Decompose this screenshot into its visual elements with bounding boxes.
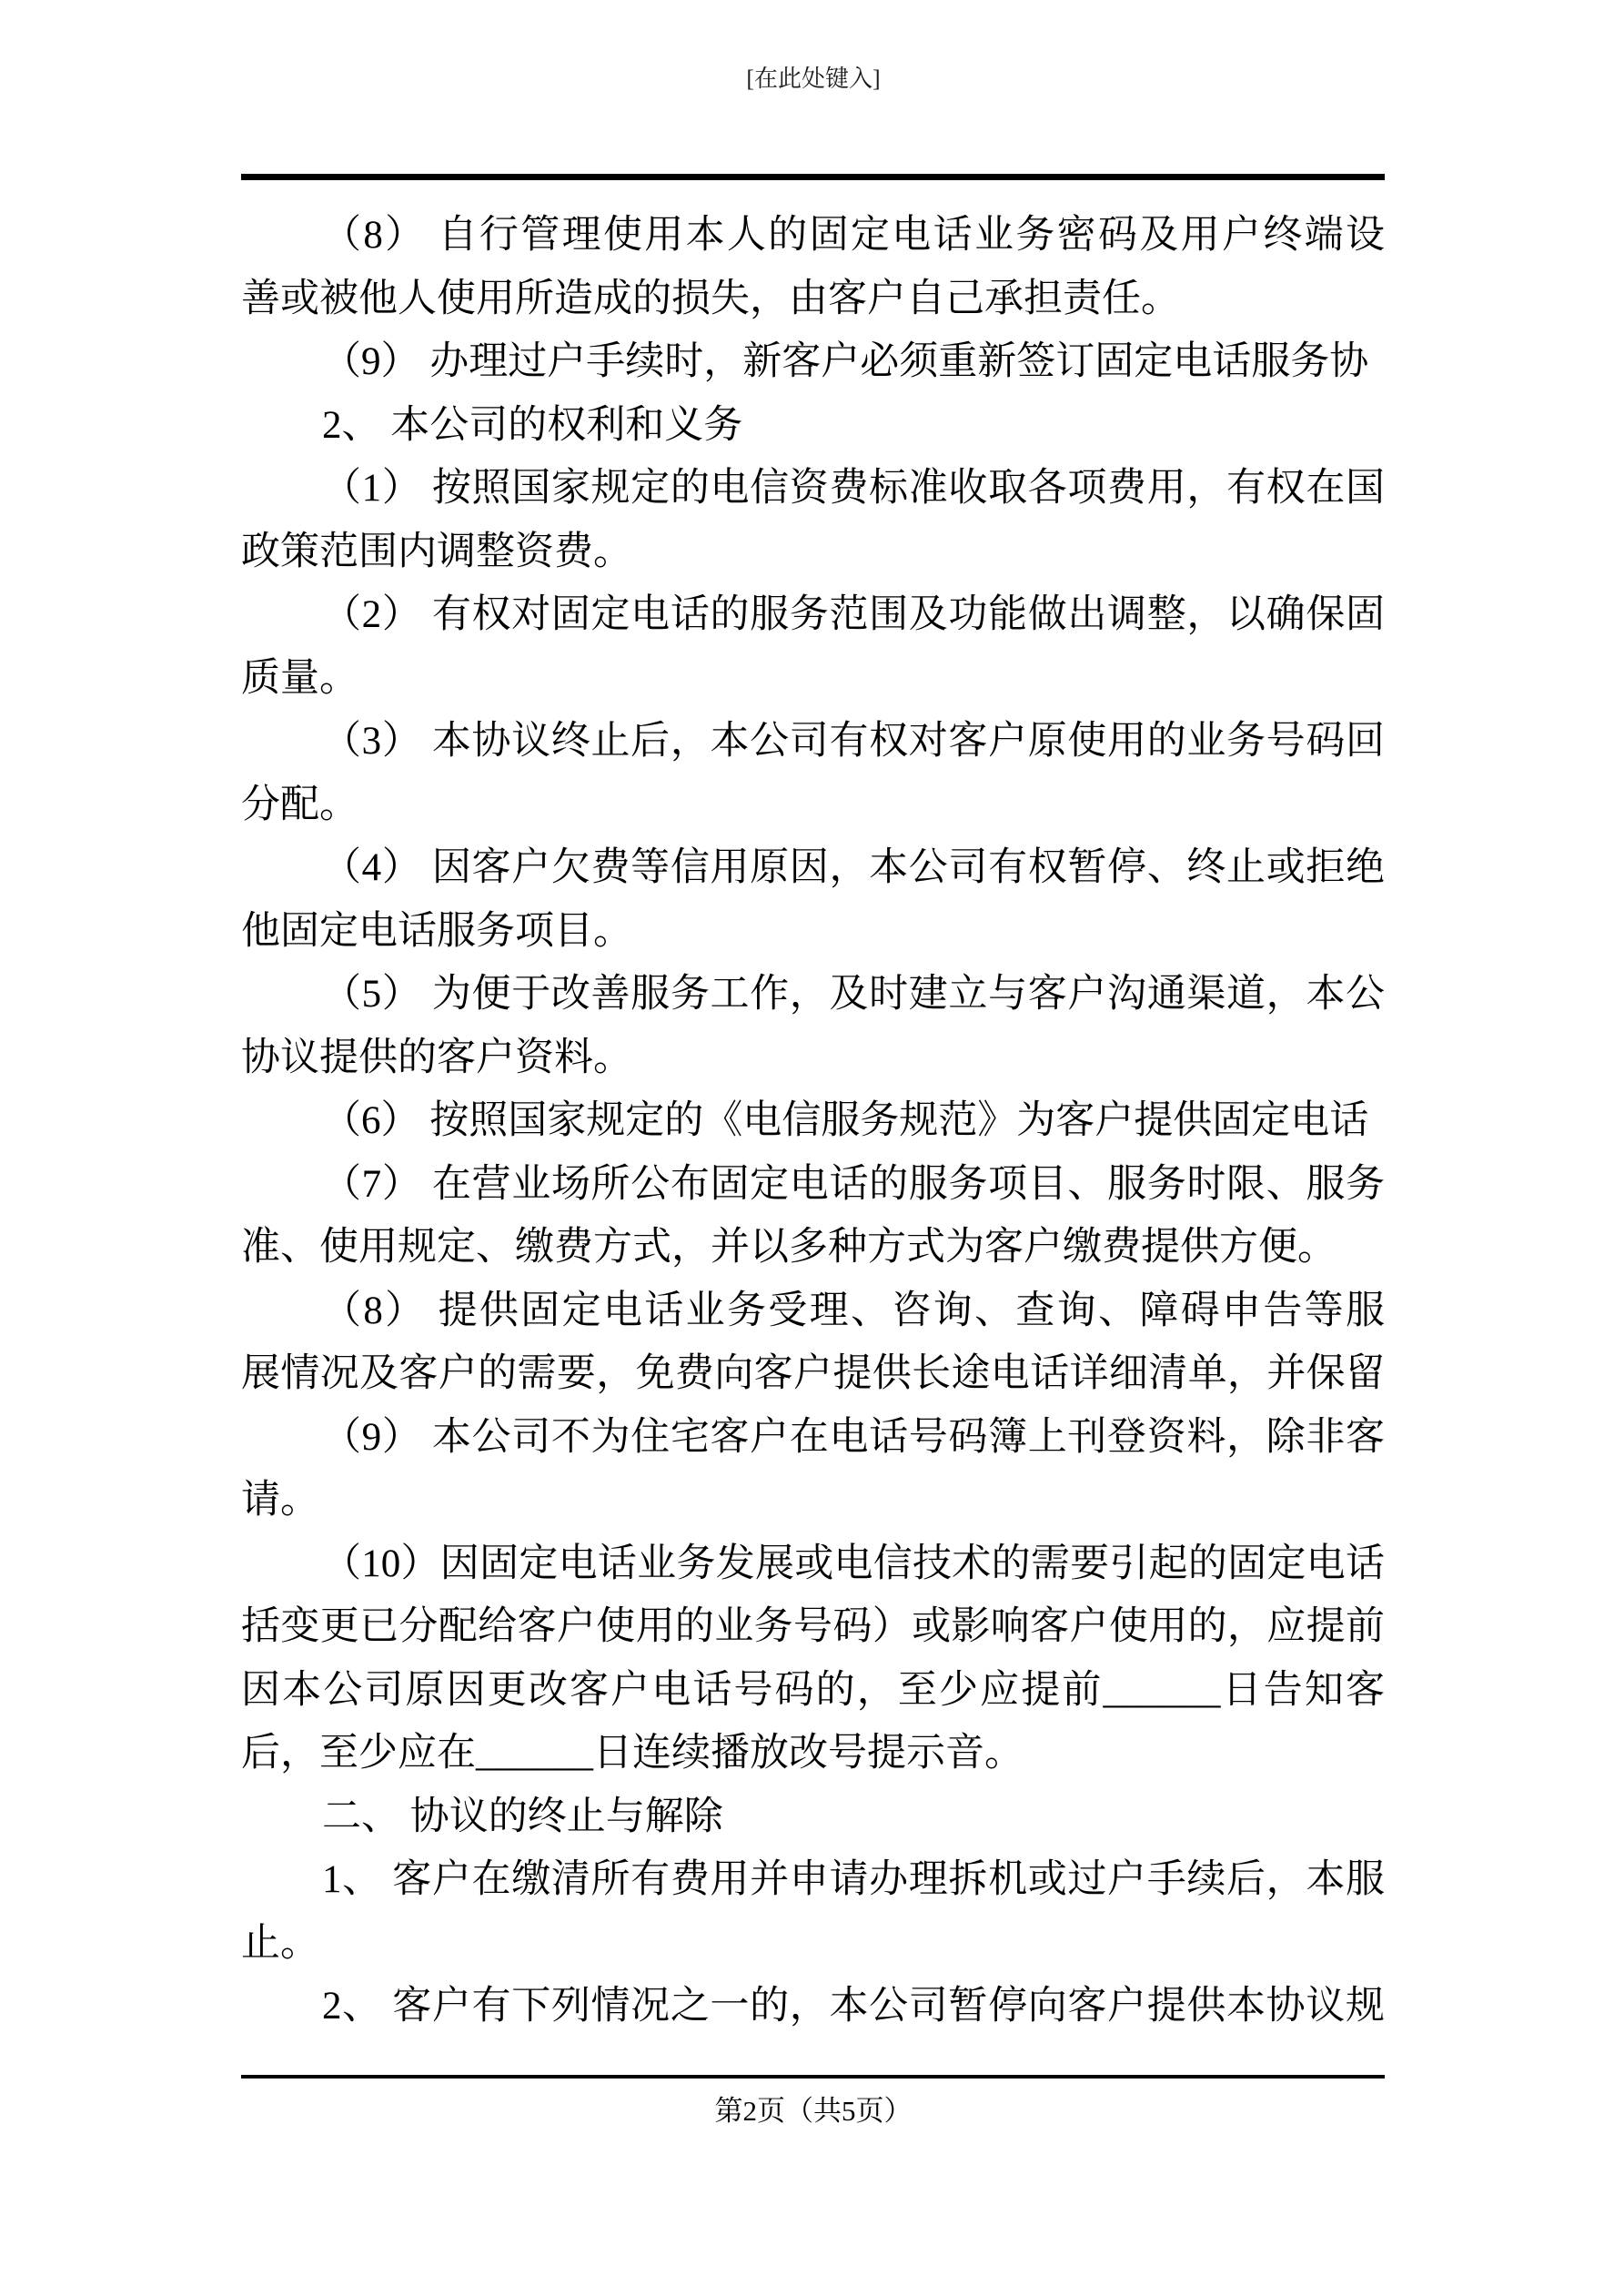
- text-line: 后，至少应在______日连续播放改号提示音。: [241, 1722, 1385, 1785]
- text-line: （9） 办理过户手续时，新客户必须重新签订固定电话服务协议。: [241, 330, 1385, 394]
- text-line: （4） 因客户欠费等信用原因，本公司有权暂停、终止或拒绝其申请办理其: [241, 836, 1385, 900]
- text-line: （9） 本公司不为住宅客户在电话号码簿上刊登资料，除非客户本人提出申: [241, 1406, 1385, 1470]
- document-page: [在此处键入] （8） 自行管理使用本人的固定电话业务密码及用户终端设备，如因使…: [0, 0, 1624, 2296]
- text-line: （3） 本协议终止后，本公司有权对客户原使用的业务号码回收，并进行再: [241, 710, 1385, 774]
- page-footer: 第2页（共5页）: [242, 2093, 1385, 2129]
- text-line: 准、使用规定、缴费方式，并以多种方式为客户缴费提供方便。: [241, 1216, 1385, 1279]
- text-line: 2、 客户有下列情况之一的，本公司暂停向客户提供本协议规定的部分或全: [241, 1975, 1385, 2038]
- text-line: 善或被他人使用所造成的损失，由客户自己承担责任。: [241, 268, 1385, 331]
- text-line: （1） 按照国家规定的电信资费标准收取各项费用，有权在国家规定的资费: [241, 457, 1385, 521]
- text-line: 分配。: [241, 774, 1385, 837]
- text-line: （2） 有权对固定电话的服务范围及功能做出调整，以确保固定电话的服务: [241, 583, 1385, 647]
- text-line: 二、 协议的终止与解除: [241, 1785, 1385, 1849]
- text-line: 请。: [241, 1469, 1385, 1532]
- text-line: 括变更已分配给客户使用的业务号码）或影响客户使用的，应提前通知客户。若: [241, 1595, 1385, 1659]
- text-line: （7） 在营业场所公布固定电话的服务项目、服务时限、服务范围、资费标: [241, 1153, 1385, 1217]
- footer-rule: [241, 2075, 1385, 2079]
- text-line: （6） 按照国家规定的《电信服务规范》为客户提供固定电话服务。: [241, 1089, 1385, 1153]
- text-line: （10）因固定电话业务发展或电信技术的需要引起的固定电话服务变更（包: [241, 1532, 1385, 1596]
- header-rule: [241, 174, 1385, 180]
- page-number-label: 第2页（共5页）: [715, 2095, 913, 2127]
- text-line: 展情况及客户的需要，免费向客户提供长途电话详细清单，并保留半年话费信息。: [241, 1342, 1385, 1406]
- text-line: （8） 自行管理使用本人的固定电话业务密码及用户终端设备，如因使用不: [241, 204, 1385, 268]
- text-line: 2、 本公司的权利和义务: [241, 394, 1385, 458]
- text-line: （8） 提供固定电话业务受理、咨询、查询、障碍申告等服务，根据业务发: [241, 1279, 1385, 1343]
- text-line: 1、 客户在缴清所有费用并申请办理拆机或过户手续后，本服务协议相应终: [241, 1848, 1385, 1912]
- text-line: 质量。: [241, 647, 1385, 711]
- document-body: （8） 自行管理使用本人的固定电话业务密码及用户终端设备，如因使用不善或被他人使…: [241, 204, 1385, 2038]
- text-line: 因本公司原因更改客户电话号码的，至少应提前______日告知客户。号码更改: [241, 1659, 1385, 1723]
- text-line: 止。: [241, 1912, 1385, 1976]
- text-line: 政策范围内调整资费。: [241, 521, 1385, 584]
- text-line: 他固定电话服务项目。: [241, 900, 1385, 964]
- text-line: （5） 为便于改善服务工作，及时建立与客户沟通渠道，本公司可以使用本: [241, 963, 1385, 1027]
- text-line: 协议提供的客户资料。: [241, 1027, 1385, 1090]
- header-placeholder[interactable]: [在此处键入]: [746, 66, 880, 92]
- page-header: [在此处键入]: [242, 64, 1385, 95]
